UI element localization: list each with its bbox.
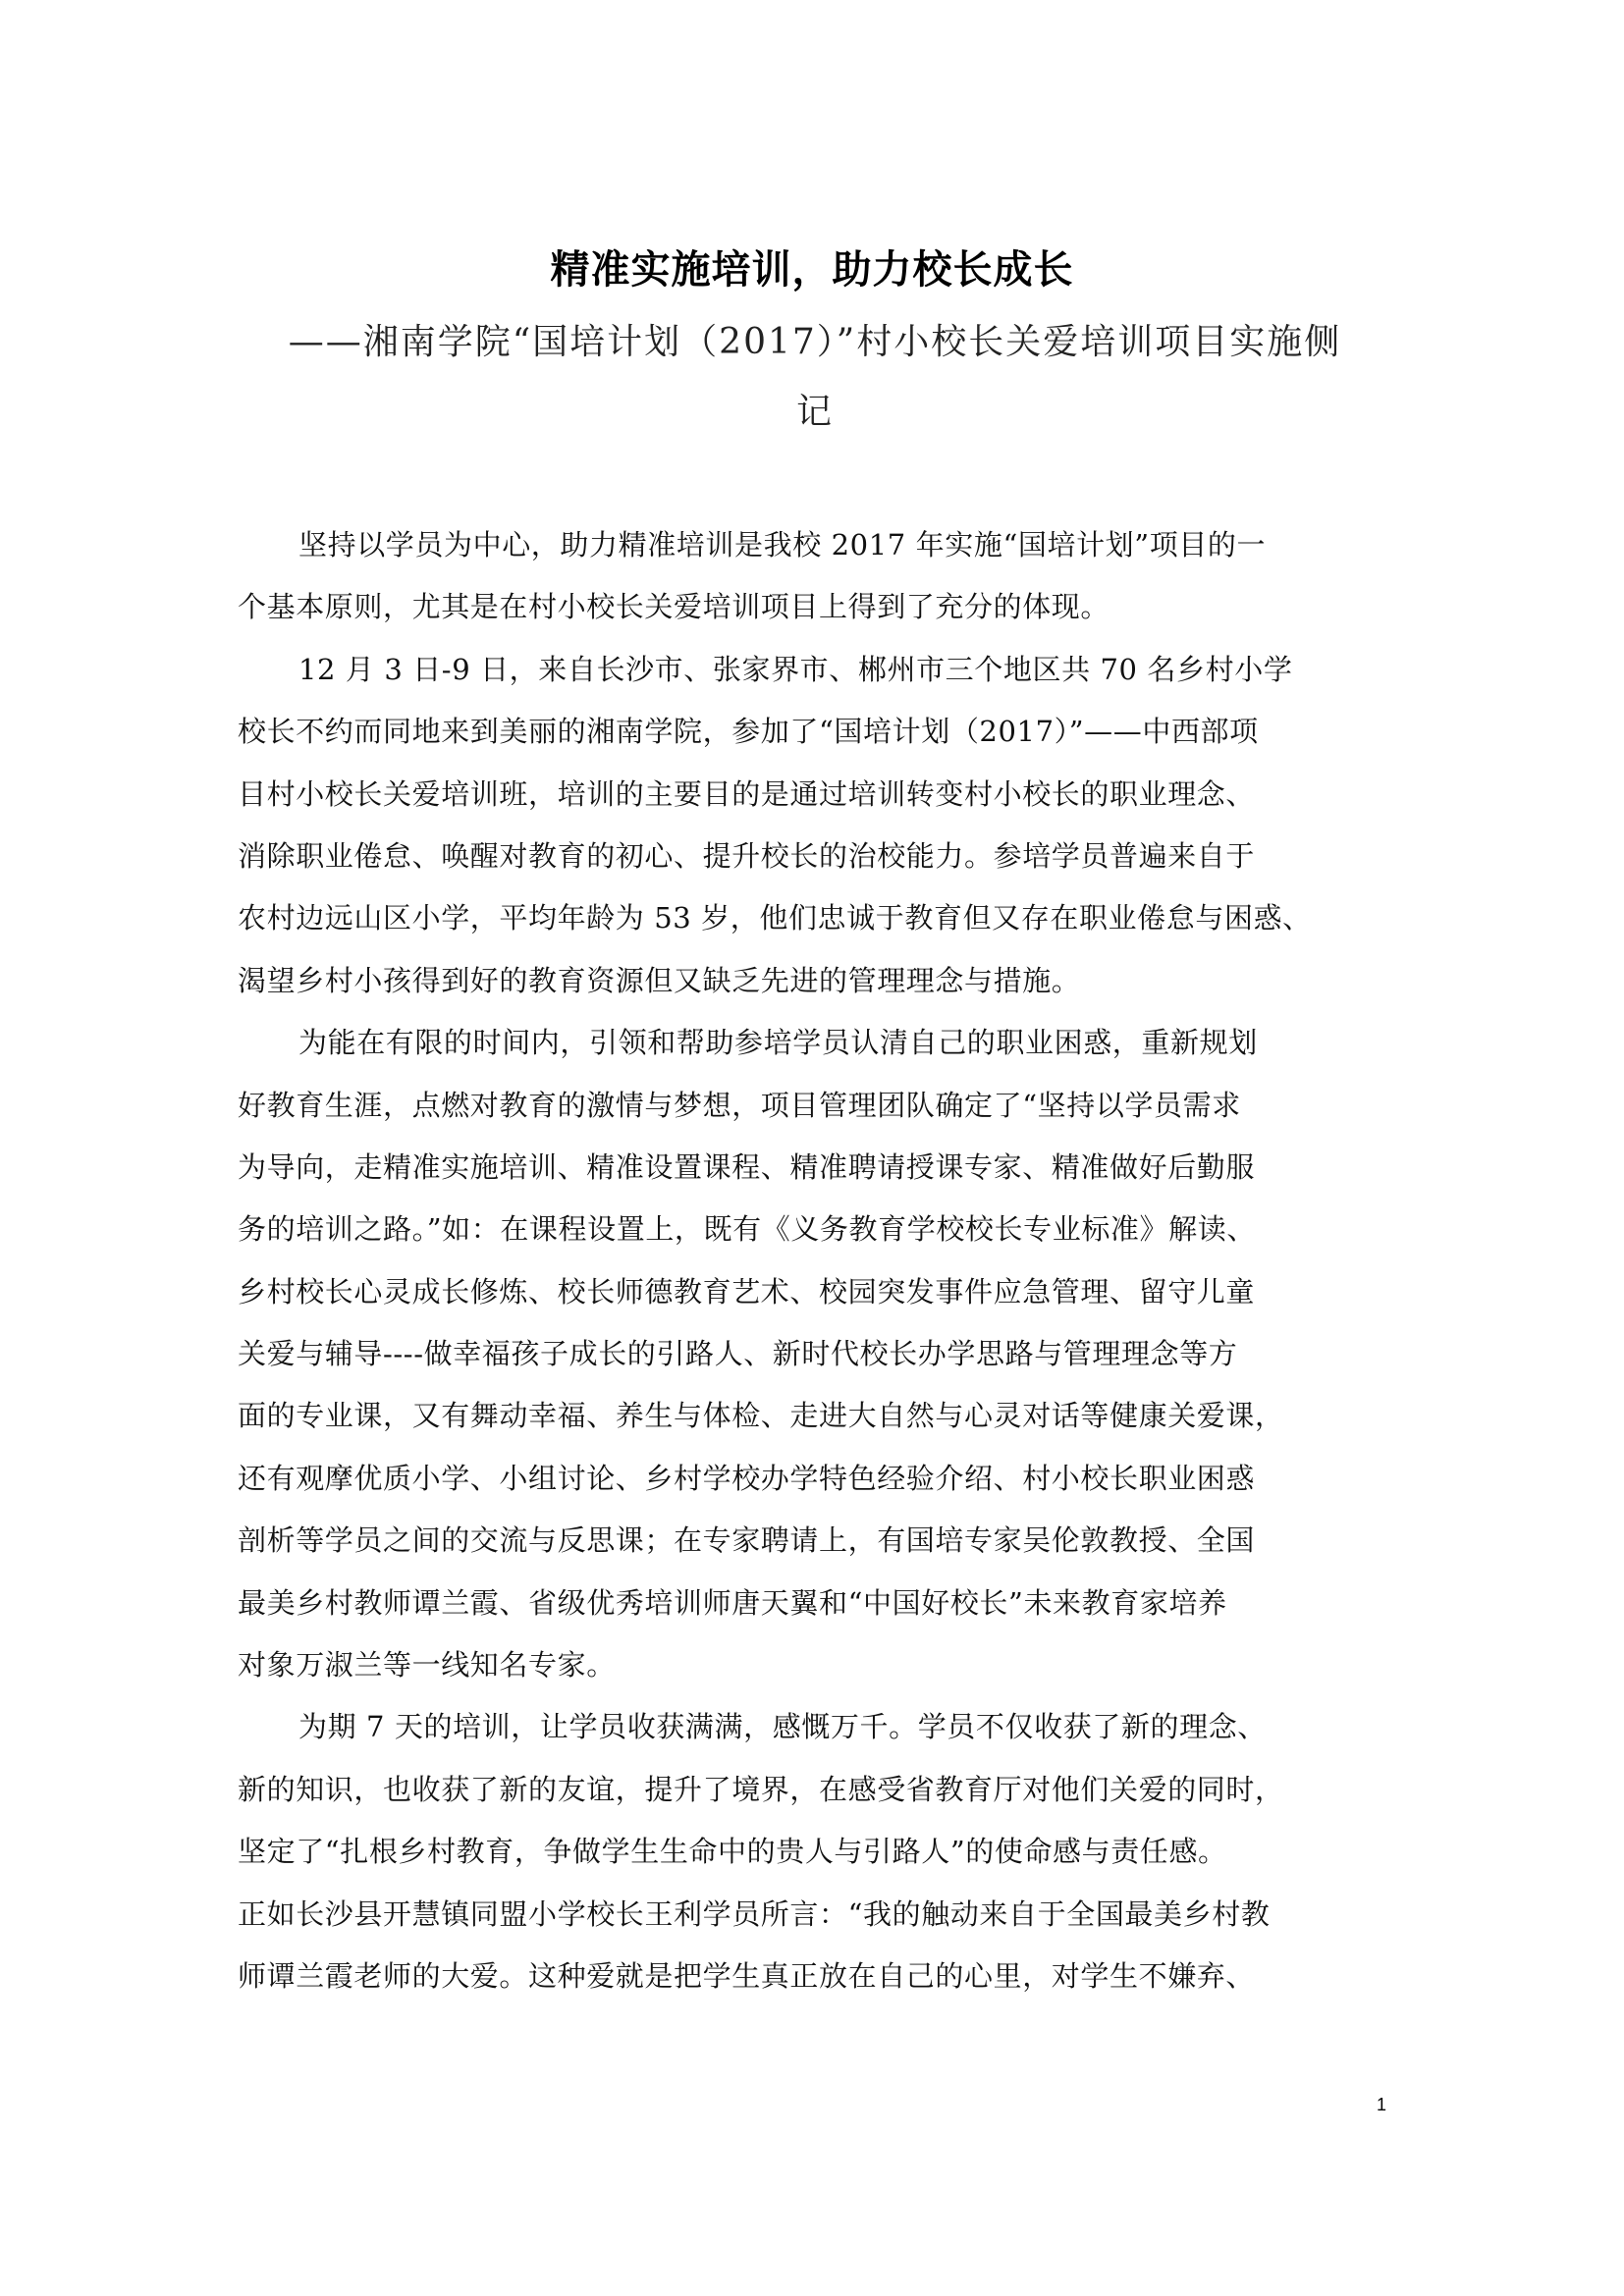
paragraph-3-line-4: 务的培训之路。”如：在课程设置上，既有《义务教育学校校长专业标准》解读、 xyxy=(238,1209,1396,1271)
paragraph-4-line-1: 为期 7 天的培训，让学员收获满满，感慨万千。学员不仅收获了新的理念、 xyxy=(238,1707,1396,1769)
paragraph-3-line-6: 关爱与辅导----做幸福孩子成长的引路人、新时代校长办学思路与管理理念等方 xyxy=(238,1334,1396,1396)
page-number: 1 xyxy=(1377,2095,1386,2115)
paragraph-2-line-3: 目村小校长关爱培训班，培训的主要目的是通过培训转变村小校长的职业理念、 xyxy=(238,774,1396,836)
paragraph-2-line-5: 农村边远山区小学，平均年龄为 53 岁，他们忠诚于教育但又存在职业倦怠与困惑、 xyxy=(238,898,1396,960)
paragraph-1-line-2: 个基本原则，尤其是在村小校长关爱培训项目上得到了充分的体现。 xyxy=(238,587,1396,649)
paragraph-1-line-1: 坚持以学员为中心，助力精准培训是我校 2017 年实施“国培计划”项目的一 xyxy=(238,525,1396,587)
paragraph-4-line-3: 坚定了“扎根乡村教育，争做学生生命中的贵人与引路人”的使命感与责任感。 xyxy=(238,1832,1396,1894)
paragraph-3-line-3: 为导向，走精准实施培训、精准设置课程、精准聘请授课专家、精准做好后勤服 xyxy=(238,1148,1396,1209)
document-subtitle-line-1: ——湘南学院“国培计划（2017）”村小校长关爱培训项目实施侧 xyxy=(196,321,1434,364)
document-page: 精准实施培训，助力校长成长 ——湘南学院“国培计划（2017）”村小校长关爱培训… xyxy=(0,0,1624,2296)
paragraph-3-line-7: 面的专业课，又有舞动幸福、养生与体检、走进大自然与心灵对话等健康关爱课， xyxy=(238,1396,1396,1458)
paragraph-3-line-10: 最美乡村教师谭兰霞、省级优秀培训师唐天翼和“中国好校长”未来教育家培养 xyxy=(238,1583,1396,1645)
paragraph-3-line-1: 为能在有限的时间内，引领和帮助参培学员认清自己的职业困惑，重新规划 xyxy=(238,1023,1396,1085)
paragraph-3-line-11: 对象万淑兰等一线知名专家。 xyxy=(238,1645,1396,1707)
document-body: 坚持以学员为中心，助力精准培训是我校 2017 年实施“国培计划”项目的一 个基… xyxy=(238,525,1396,2018)
paragraph-3-line-5: 乡村校长心灵成长修炼、校长师德教育艺术、校园突发事件应急管理、留守儿童 xyxy=(238,1272,1396,1334)
paragraph-2-line-4: 消除职业倦怠、唤醒对教育的初心、提升校长的治校能力。参培学员普遍来自于 xyxy=(238,836,1396,898)
paragraph-4-line-5: 师谭兰霞老师的大爱。这种爱就是把学生真正放在自己的心里，对学生不嫌弃、 xyxy=(238,1956,1396,2018)
paragraph-2-line-2: 校长不约而同地来到美丽的湘南学院，参加了“国培计划（2017）”——中西部项 xyxy=(238,712,1396,774)
paragraph-3-line-9: 剖析等学员之间的交流与反思课；在专家聘请上，有国培专家吴伦敦教授、全国 xyxy=(238,1521,1396,1582)
paragraph-2-line-6: 渴望乡村小孩得到好的教育资源但又缺乏先进的管理理念与措施。 xyxy=(238,961,1396,1023)
document-title: 精准实施培训，助力校长成长 xyxy=(0,245,1624,294)
paragraph-4-line-4: 正如长沙县开慧镇同盟小学校长王利学员所言：“我的触动来自于全国最美乡村教 xyxy=(238,1895,1396,1956)
paragraph-2-line-1: 12 月 3 日-9 日，来自长沙市、张家界市、郴州市三个地区共 70 名乡村小… xyxy=(238,650,1396,712)
paragraph-3-line-2: 好教育生涯，点燃对教育的激情与梦想，项目管理团队确定了“坚持以学员需求 xyxy=(238,1086,1396,1148)
document-subtitle-line-2: 记 xyxy=(196,391,1434,434)
paragraph-3-line-8: 还有观摩优质小学、小组讨论、乡村学校办学特色经验介绍、村小校长职业困惑 xyxy=(238,1459,1396,1521)
paragraph-4-line-2: 新的知识，也收获了新的友谊，提升了境界，在感受省教育厅对他们关爱的同时， xyxy=(238,1770,1396,1832)
